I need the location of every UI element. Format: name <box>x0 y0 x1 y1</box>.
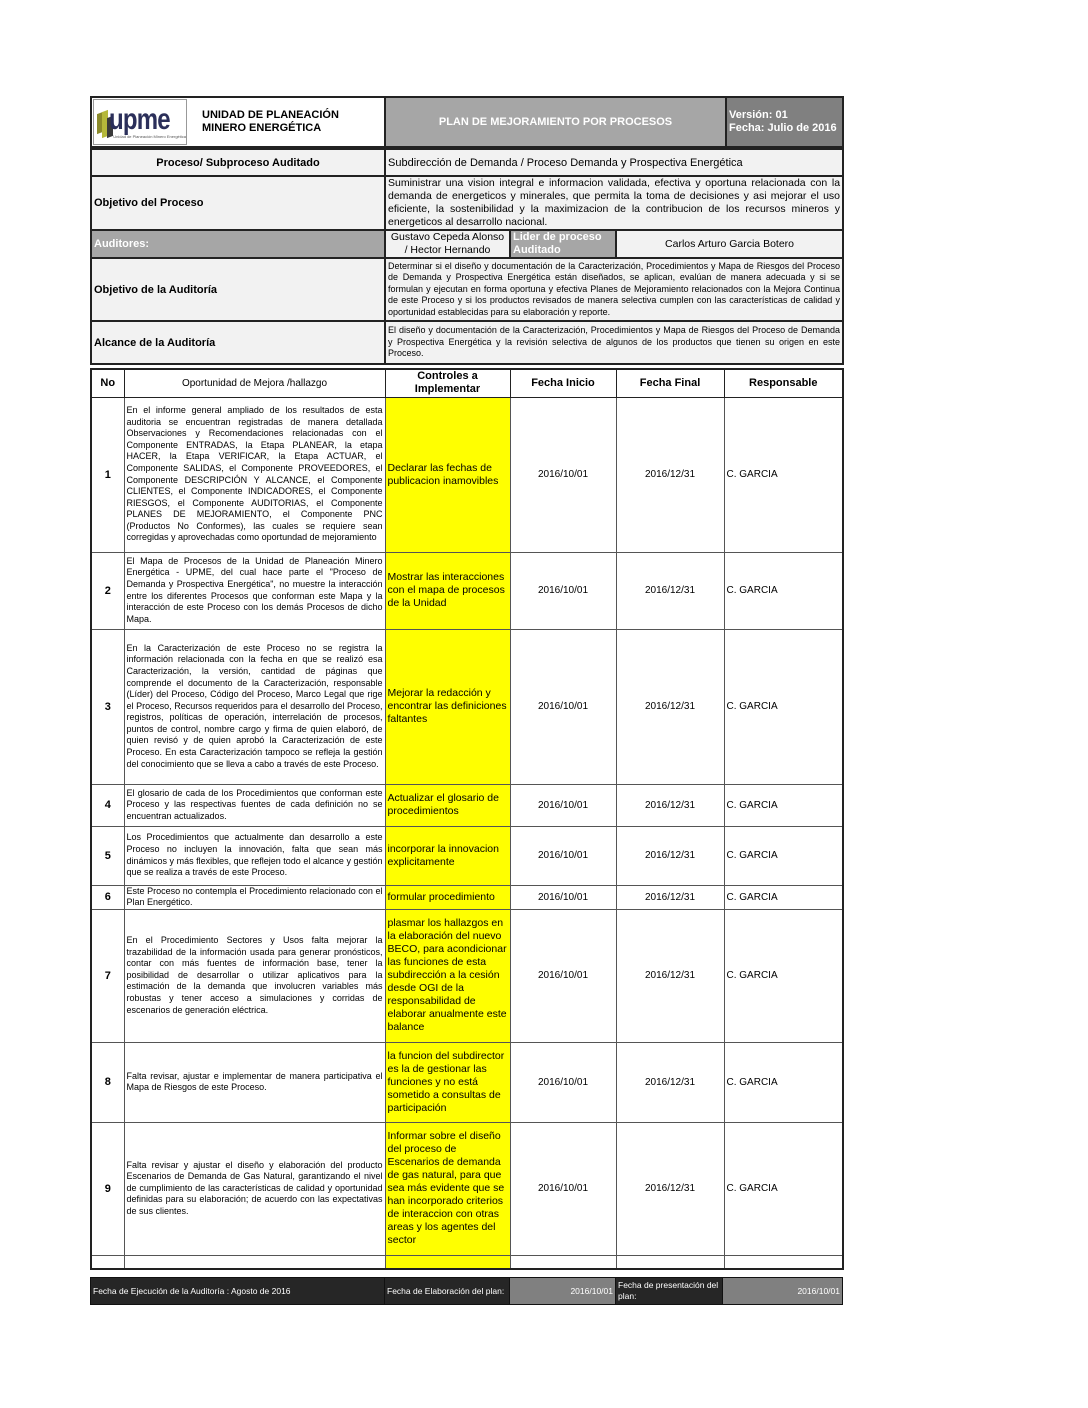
table-row: 7En el Procedimiento Sectores y Usos fal… <box>91 909 843 1042</box>
row-hallazgo: En el Procedimiento Sectores y Usos falt… <box>124 909 385 1042</box>
row-fecha-inicio: 2016/10/01 <box>510 784 616 826</box>
row-number: 1 <box>91 397 124 552</box>
row-control: la funcion del subdirector es la de gest… <box>385 1042 510 1122</box>
row-responsable: C. GARCIA <box>724 909 843 1042</box>
table-row: 5Los Procedimientos que actualmente dan … <box>91 826 843 885</box>
row-hallazgo: Los Procedimientos que actualmente dan d… <box>124 826 385 885</box>
proceso-label: Proceso/ Subproceso Auditado <box>91 149 385 176</box>
col-no: No <box>91 369 124 397</box>
table-row-empty <box>91 1255 843 1269</box>
auditores-label: Auditores: <box>91 230 385 258</box>
row-control: Declarar las fechas de publicacion inamo… <box>385 397 510 552</box>
col-fecha-inicio: Fecha Inicio <box>510 369 616 397</box>
row-fecha-final: 2016/12/31 <box>616 909 724 1042</box>
row-fecha-inicio: 2016/10/01 <box>510 552 616 629</box>
empty-cell <box>616 1255 724 1269</box>
col-fecha-final: Fecha Final <box>616 369 724 397</box>
row-hallazgo: Falta revisar y ajustar el diseño y elab… <box>124 1122 385 1255</box>
row-number: 9 <box>91 1122 124 1255</box>
row-fecha-final: 2016/12/31 <box>616 826 724 885</box>
header-table: upme Unidad de Planeación Minero Energét… <box>90 96 844 148</box>
row-responsable: C. GARCIA <box>724 1042 843 1122</box>
row-number: 8 <box>91 1042 124 1122</box>
row-responsable: C. GARCIA <box>724 784 843 826</box>
empty-cell <box>724 1255 843 1269</box>
table-row: 4El glosario de cada de los Procedimient… <box>91 784 843 826</box>
org-name: UNIDAD DE PLANEACIÓN MINERO ENERGÉTICA <box>202 109 382 135</box>
fecha-elaboracion-label: Fecha de Elaboración del plan: <box>385 1278 510 1305</box>
col-controles: Controles a Implementar <box>385 369 510 397</box>
fecha-presentacion-value: 2016/10/01 <box>723 1278 843 1305</box>
row-responsable: C. GARCIA <box>724 885 843 909</box>
row-fecha-inicio: 2016/10/01 <box>510 909 616 1042</box>
alcance-value: El diseño y documentación de la Caracter… <box>385 321 843 364</box>
row-fecha-inicio: 2016/10/01 <box>510 885 616 909</box>
info-table: Proceso/ Subproceso Auditado Subdirecció… <box>90 148 844 365</box>
table-row: 1En el informe general ampliado de los r… <box>91 397 843 552</box>
row-hallazgo: El glosario de cada de los Procedimiento… <box>124 784 385 826</box>
row-fecha-final: 2016/12/31 <box>616 629 724 784</box>
lider-value: Carlos Arturo Garcia Botero <box>616 230 843 258</box>
empty-cell <box>124 1255 385 1269</box>
row-control: Actualizar el glosario de procedimientos <box>385 784 510 826</box>
col-hallazgo: Oportunidad de Mejora /hallazgo <box>124 369 385 397</box>
row-control: Informar sobre el diseño del proceso de … <box>385 1122 510 1255</box>
logo-mark-icon <box>97 105 109 139</box>
row-number: 2 <box>91 552 124 629</box>
table-header-row: No Oportunidad de Mejora /hallazgo Contr… <box>91 369 843 397</box>
alcance-label: Alcance de la Auditoría <box>91 321 385 364</box>
objetivo-proceso-label: Objetivo del Proceso <box>91 176 385 230</box>
logo-text: upme <box>109 106 170 134</box>
objetivo-auditoria-value: Determinar si el diseño y documentación … <box>385 258 843 321</box>
table-row: 2El Mapa de Procesos de la Unidad de Pla… <box>91 552 843 629</box>
row-hallazgo: En la Caracterización de este Proceso no… <box>124 629 385 784</box>
empty-cell <box>510 1255 616 1269</box>
fecha-ejecucion: Fecha de Ejecución de la Auditoría : Ago… <box>91 1278 385 1305</box>
row-responsable: C. GARCIA <box>724 1122 843 1255</box>
version-cell: Versión: 01 Fecha: Julio de 2016 <box>726 97 843 147</box>
table-row: 9Falta revisar y ajustar el diseño y ela… <box>91 1122 843 1255</box>
row-control: formular procedimiento <box>385 885 510 909</box>
row-number: 3 <box>91 629 124 784</box>
row-fecha-inicio: 2016/10/01 <box>510 1122 616 1255</box>
row-fecha-inicio: 2016/10/01 <box>510 629 616 784</box>
table-row: 6Este Proceso no contempla el Procedimie… <box>91 885 843 909</box>
row-control: Mostrar las interacciones con el mapa de… <box>385 552 510 629</box>
footer-table: Fecha de Ejecución de la Auditoría : Ago… <box>90 1277 843 1305</box>
row-hallazgo: Falta revisar, ajustar e implementar de … <box>124 1042 385 1122</box>
row-number: 6 <box>91 885 124 909</box>
table-row: 3En la Caracterización de este Proceso n… <box>91 629 843 784</box>
row-hallazgo: En el informe general ampliado de los re… <box>124 397 385 552</box>
row-fecha-final: 2016/12/31 <box>616 1122 724 1255</box>
table-row: 8Falta revisar, ajustar e implementar de… <box>91 1042 843 1122</box>
empty-cell <box>91 1255 124 1269</box>
objetivo-auditoria-label: Objetivo de la Auditoría <box>91 258 385 321</box>
improvement-plan-sheet: upme Unidad de Planeación Minero Energét… <box>90 96 842 1270</box>
row-fecha-final: 2016/12/31 <box>616 397 724 552</box>
row-responsable: C. GARCIA <box>724 397 843 552</box>
row-number: 5 <box>91 826 124 885</box>
row-hallazgo: Este Proceso no contempla el Procedimien… <box>124 885 385 909</box>
version-label: Versión: 01 <box>729 109 840 122</box>
row-control: plasmar los hallazgos en la elaboración … <box>385 909 510 1042</box>
row-hallazgo: El Mapa de Procesos de la Unidad de Plan… <box>124 552 385 629</box>
row-number: 7 <box>91 909 124 1042</box>
proceso-value: Subdirección de Demanda / Proceso Demand… <box>385 149 843 176</box>
row-number: 4 <box>91 784 124 826</box>
row-responsable: C. GARCIA <box>724 826 843 885</box>
objetivo-proceso-value: Suministrar una vision integral e inform… <box>385 176 843 230</box>
auditores-value: Gustavo Cepeda Alonso / Hector Hernando <box>385 230 510 258</box>
row-control: Mejorar la redacción y encontrar las def… <box>385 629 510 784</box>
version-date: Fecha: Julio de 2016 <box>729 122 840 135</box>
findings-table: No Oportunidad de Mejora /hallazgo Contr… <box>90 368 844 1270</box>
col-responsable: Responsable <box>724 369 843 397</box>
lider-label: Lider de proceso Auditado <box>510 230 616 258</box>
fecha-presentacion-label: Fecha de presentación del plan: <box>616 1278 723 1305</box>
findings-body: 1En el informe general ampliado de los r… <box>91 397 843 1269</box>
row-fecha-final: 2016/12/31 <box>616 784 724 826</box>
fecha-elaboracion-value: 2016/10/01 <box>510 1278 616 1305</box>
org-cell: upme Unidad de Planeación Minero Energét… <box>91 97 385 147</box>
row-fecha-final: 2016/12/31 <box>616 552 724 629</box>
row-control: incorporar la innovacion explicitamente <box>385 826 510 885</box>
row-fecha-final: 2016/12/31 <box>616 1042 724 1122</box>
document-title: PLAN DE MEJORAMIENTO POR PROCESOS <box>385 97 726 147</box>
row-responsable: C. GARCIA <box>724 552 843 629</box>
row-responsable: C. GARCIA <box>724 629 843 784</box>
row-fecha-inicio: 2016/10/01 <box>510 826 616 885</box>
row-fecha-final: 2016/12/31 <box>616 885 724 909</box>
empty-cell <box>385 1255 510 1269</box>
upme-logo: upme Unidad de Planeación Minero Energét… <box>93 99 187 145</box>
row-fecha-inicio: 2016/10/01 <box>510 397 616 552</box>
row-fecha-inicio: 2016/10/01 <box>510 1042 616 1122</box>
